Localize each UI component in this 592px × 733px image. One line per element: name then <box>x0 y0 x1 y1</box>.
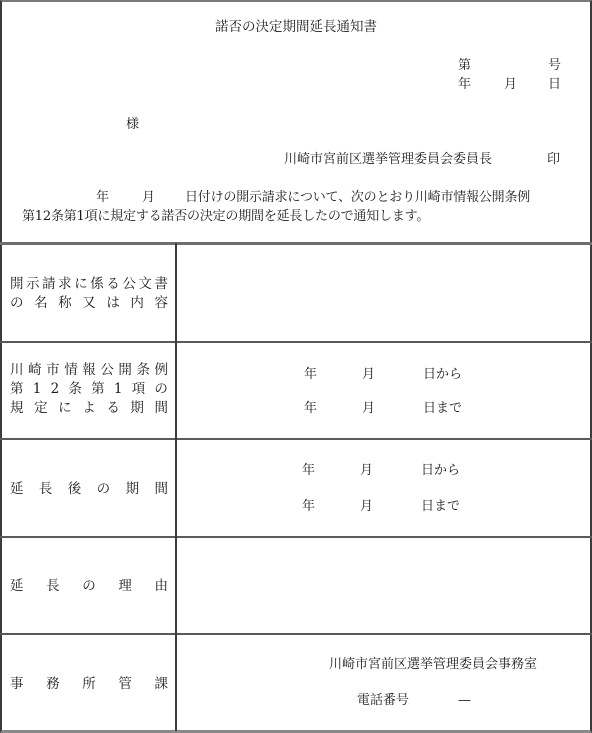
label-char: 所 <box>82 675 96 694</box>
label-char: 延 <box>10 480 24 499</box>
date-month: 月 <box>504 77 517 93</box>
label-char: 公 <box>122 275 136 294</box>
row-divider <box>0 633 592 635</box>
label-char: る <box>106 399 120 418</box>
label-char: る <box>106 275 120 294</box>
row-divider <box>0 341 592 343</box>
body-year: 年 <box>96 190 109 206</box>
label-char: 期 <box>130 399 144 418</box>
extended-from-year: 年 <box>302 463 315 479</box>
row-label-extension-reason: 延長の理由 <box>10 577 168 596</box>
label-char: 称 <box>58 294 72 313</box>
label-char: 報 <box>82 361 96 380</box>
label-char: 文 <box>138 275 152 294</box>
label-char: の <box>97 480 111 499</box>
label-line: 第12条第1項の <box>10 380 168 399</box>
label-char: 川 <box>10 361 24 380</box>
label-char: 後 <box>68 480 82 499</box>
office-name: 川崎市宮前区選挙管理委員会事務室 <box>329 657 537 673</box>
ordinance-from-day: 日から <box>423 367 462 383</box>
issuer-name: 川崎市宮前区選挙管理委員会委員長 <box>284 152 492 168</box>
row-label-document-name: 開示請求に係る公文書 の名称又は内容 <box>10 275 168 313</box>
row-label-extended-period: 延長後の期間 <box>10 480 168 499</box>
ordinance-from-month: 月 <box>362 367 375 383</box>
extended-from-month: 月 <box>360 463 373 479</box>
label-char: 条 <box>136 361 150 380</box>
extended-to-month: 月 <box>360 499 373 515</box>
label-char: 管 <box>118 675 132 694</box>
label-line: 川崎市情報公開条例 <box>10 361 168 380</box>
label-char: 1 <box>114 380 123 399</box>
label-char: 求 <box>58 275 72 294</box>
label-char: 情 <box>64 361 78 380</box>
label-char: 理 <box>118 577 132 596</box>
label-char: 期 <box>126 480 140 499</box>
label-char: 務 <box>46 675 60 694</box>
label-line: 延長の理由 <box>10 577 168 596</box>
label-char: 開 <box>118 361 132 380</box>
label-char: 例 <box>155 361 169 380</box>
ordinance-to-year: 年 <box>304 401 317 417</box>
number-prefix: 第 <box>458 58 471 74</box>
label-char: 書 <box>154 275 168 294</box>
label-char: 名 <box>34 294 48 313</box>
row-divider <box>0 438 592 440</box>
document-name-field[interactable] <box>180 246 588 340</box>
date-day: 日 <box>548 77 561 93</box>
label-char: 1 <box>33 380 42 399</box>
label-char: 公 <box>100 361 114 380</box>
body-month: 月 <box>142 190 155 206</box>
row-label-responsible-office: 事務所管課 <box>10 675 168 694</box>
label-line: の名称又は内容 <box>10 294 168 313</box>
phone-value: — <box>458 693 471 709</box>
addressee-suffix: 様 <box>126 117 139 133</box>
label-char: 容 <box>154 294 168 313</box>
extended-to-year: 年 <box>302 499 315 515</box>
body-line-2: 第12条第1項に規定する諾否の決定の期間を延長したので通知します。 <box>22 209 429 225</box>
row-label-ordinance-period: 川崎市情報公開条例 第12条第1項の 規定による期間 <box>10 361 168 418</box>
label-char: 事 <box>10 675 24 694</box>
label-line: 延長後の期間 <box>10 480 168 499</box>
label-char: 条 <box>68 380 82 399</box>
ordinance-from-year: 年 <box>304 367 317 383</box>
table-top-border <box>0 242 592 245</box>
label-char: に <box>58 399 72 418</box>
label-char: 2 <box>51 380 60 399</box>
label-char: 由 <box>155 577 169 596</box>
extended-to-day: 日まで <box>421 499 460 515</box>
label-char: 間 <box>154 480 168 499</box>
label-char: は <box>106 294 120 313</box>
label-char: 第 <box>91 380 105 399</box>
ordinance-to-day: 日まで <box>423 401 462 417</box>
label-char: 項 <box>132 380 146 399</box>
label-char: 又 <box>82 294 96 313</box>
label-char: 定 <box>34 399 48 418</box>
ordinance-to-month: 月 <box>362 401 375 417</box>
document-title: 諾否の決定期間延長通知書 <box>0 19 592 35</box>
extended-from-day: 日から <box>421 463 460 479</box>
body-line-1: 日付けの開示請求について、次のとおり川崎市情報公開条例 <box>185 190 530 206</box>
phone-label: 電話番号 <box>357 693 409 709</box>
label-char: 規 <box>10 399 24 418</box>
label-char: よ <box>82 399 96 418</box>
label-char: 示 <box>26 275 40 294</box>
label-char: 課 <box>155 675 169 694</box>
date-year: 年 <box>458 77 471 93</box>
label-line: 規定による期間 <box>10 399 168 418</box>
row-divider <box>0 536 592 538</box>
label-char: 内 <box>130 294 144 313</box>
label-char: 請 <box>42 275 56 294</box>
label-char: の <box>10 294 24 313</box>
label-char: に <box>74 275 88 294</box>
number-suffix: 号 <box>548 58 561 74</box>
label-char: 延 <box>10 577 24 596</box>
label-line: 開示請求に係る公文書 <box>10 275 168 294</box>
label-char: 第 <box>10 380 24 399</box>
label-char: 係 <box>90 275 104 294</box>
label-char: 開 <box>10 275 24 294</box>
label-char: 市 <box>46 361 60 380</box>
seal-mark: 印 <box>547 152 560 168</box>
label-line: 事務所管課 <box>10 675 168 694</box>
column-divider <box>175 243 177 731</box>
label-char: 間 <box>154 399 168 418</box>
label-char: 長 <box>39 480 53 499</box>
label-char: の <box>82 577 96 596</box>
label-char: の <box>154 380 168 399</box>
extension-reason-field[interactable] <box>180 541 588 633</box>
label-char: 長 <box>46 577 60 596</box>
label-char: 崎 <box>28 361 42 380</box>
